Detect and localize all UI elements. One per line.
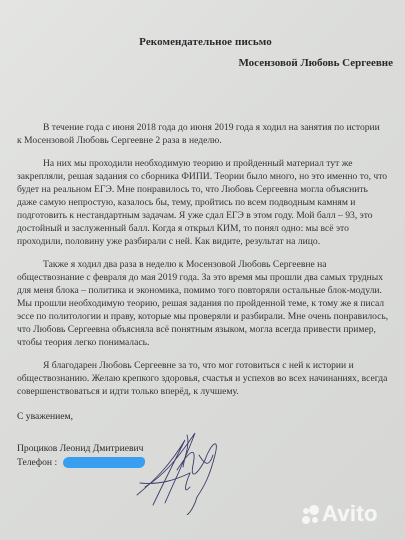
text-line: будет на реальном ЕГЭ. Мне понравилось т… xyxy=(17,184,399,197)
avito-wordmark: Avito xyxy=(322,501,378,527)
phone-label: Телефон : xyxy=(17,457,57,468)
text-line: Также я ходил два раза в неделю к Мосенз… xyxy=(17,259,399,272)
text-line: Я благодарен Любовь Сергеевне за то, что… xyxy=(17,360,399,373)
text-line: даже самую непростую, казалось бы, тему,… xyxy=(17,197,399,210)
text-line: совершенствоваться и идти только вперёд,… xyxy=(17,386,399,399)
signature-icon xyxy=(135,425,235,515)
text-line: что Любовь Сергеевна объясняла всё понят… xyxy=(17,324,399,337)
text-line: проходили, половину уже разбирали с ней.… xyxy=(17,236,399,249)
letter-title: Рекомендательное письмо xyxy=(0,36,405,48)
text-line: подготовить к нестандартным задачам. Я у… xyxy=(17,210,399,223)
letter-closing: С уважением, xyxy=(17,411,73,422)
sender-name: Процико‌в Леонид Дмитриевич xyxy=(17,443,143,454)
scanned-letter: Рекомендательное письмо Мосензовой Любов… xyxy=(0,0,405,540)
text-line: обществознанию. Желаю крепкого здоровья,… xyxy=(17,373,399,386)
text-line: чтобы теория легко понималась. xyxy=(17,337,399,350)
text-line: обществознание с февраля до мая 2019 год… xyxy=(17,272,399,285)
avito-logo-icon xyxy=(300,504,322,526)
paragraph-2: На них мы проходили необходимую теорию и… xyxy=(17,158,399,248)
text-line: Мы прошли необходимую теорию, решая зада… xyxy=(17,298,399,311)
avito-watermark: Avito xyxy=(300,501,400,529)
paragraph-3: Также я ходил два раза в неделю к Мосенз… xyxy=(17,259,399,349)
letter-body: В течение года с июня 2018 года до июня … xyxy=(17,122,399,409)
text-line: На них мы проходили необходимую теорию и… xyxy=(17,158,399,171)
letter-addressee: Мосензовой Любовь Сергеевне xyxy=(238,57,393,69)
phone-redaction-mark xyxy=(63,457,145,468)
text-line: для меня блока – политика и экономика, п… xyxy=(17,285,399,298)
text-line: закрепляли, решая задания со сборника ФИ… xyxy=(17,171,399,184)
text-line: эссе по политологии и праву, которые мы … xyxy=(17,311,399,324)
text-line: достойный и заслуженный балл. Когда я от… xyxy=(17,223,399,236)
text-line: В течение года с июня 2018 года до июня … xyxy=(17,122,399,135)
text-line: к Мосензовой Любовь Сергеевне 2 раза в н… xyxy=(17,135,399,148)
paragraph-1: В течение года с июня 2018 года до июня … xyxy=(17,122,399,148)
paragraph-4: Я благодарен Любовь Сергеевне за то, что… xyxy=(17,360,399,399)
